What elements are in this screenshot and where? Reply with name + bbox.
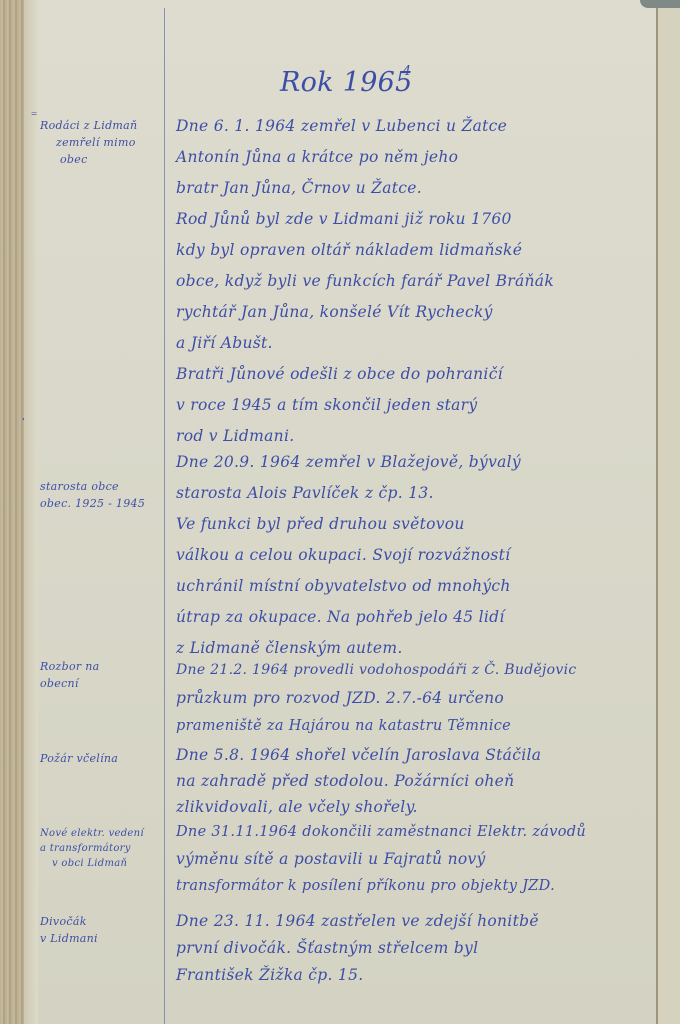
entry-line: na zahradě před stodolou. Požárníci oheň [176,768,656,794]
entry-line: Dne 21.2. 1964 provedli vodohospodáři z … [176,656,656,684]
margin-note-4: Požár včelína [40,750,160,767]
margin-note-line: zemřelí mimo [40,134,160,151]
entry-line: průzkum pro rozvod JZD. 2.7.-64 určeno [176,684,656,712]
entry-line: František Žižka čp. 15. [176,962,656,989]
margin-note-line: Nové elektr. vedení [40,826,160,841]
entry-line: starosta Alois Pavlíček z čp. 13. [176,478,656,509]
margin-note-1: Rodáci z Lidmaň zemřelí mimo obec [40,117,160,168]
margin-mark-icon: = [31,108,37,120]
page-title: Rok 19654 [280,62,421,99]
margin-note-6: Divočák v Lidmani [40,913,160,947]
entry-4: Dne 5.8. 1964 shořel včelín Jaroslava St… [176,742,656,820]
entry-line: první divočák. Šťastným střelcem byl [176,935,656,962]
entry-line: a Jiří Abušt. [176,328,656,359]
margin-note-line: Rodáci z Lidmaň [40,117,160,134]
margin-note-2: starosta obce obec. 1925 - 1945 [40,478,160,512]
entry-3: Dne 21.2. 1964 provedli vodohospodáři z … [176,656,656,740]
margin-note-5: Nové elektr. vedení a transformátory v o… [40,826,160,871]
entry-line: Ve funkci byl před druhou světovou [176,509,656,540]
margin-note-line: v obci Lidmaň [40,856,160,871]
entry-5: Dne 31.11.1964 dokončili zaměstnanci Ele… [176,819,656,900]
entry-line: válkou a celou okupaci. Svojí rozvážnost… [176,540,656,571]
entry-6: Dne 23. 11. 1964 zastřelen ve zdejší hon… [176,908,656,989]
entry-2: Dne 20.9. 1964 zemřel v Blažejově, býval… [176,447,656,664]
entry-line: prameniště za Hajárou na katastru Těmnic… [176,712,656,740]
margin-note-line: a transformátory [40,841,160,856]
entry-line: bratr Jan Jůna, Črnov u Žatce. [176,173,656,204]
entry-line: kdy byl opraven oltář nákladem lidmaňské [176,235,656,266]
margin-note-line: Divočák [40,913,160,930]
entry-line: Dne 31.11.1964 dokončili zaměstnanci Ele… [176,819,656,846]
facing-page-edge [656,0,680,1024]
entry-line: Dne 5.8. 1964 shořel včelín Jaroslava St… [176,742,656,768]
entry-line: transformátor k posílení příkonu pro obj… [176,873,656,900]
margin-note-line: obec [40,151,160,168]
entry-line: útrap za okupace. Na pohřeb jelo 45 lidí [176,602,656,633]
background-corner [640,0,680,8]
margin-note-line: Rozbor na [40,658,160,675]
entry-line: Dne 6. 1. 1964 zemřel v Lubenci u Žatce [176,111,656,142]
entry-line: rychtář Jan Jůna, konšelé Vít Rychecký [176,297,656,328]
margin-note-line: obec. 1925 - 1945 [40,495,160,512]
margin-note-line: Požár včelína [40,750,160,767]
margin-note-3: Rozbor na obecní [40,658,160,692]
entry-line: Dne 20.9. 1964 zemřel v Blažejově, býval… [176,447,656,478]
page-title-text: Rok 196 [280,67,395,98]
margin-note-line: starosta obce [40,478,160,495]
entry-1: Dne 6. 1. 1964 zemřel v Lubenci u Žatce … [176,111,656,452]
book-binding [0,0,24,1024]
entry-line: Antonín Jůna a krátce po něm jeho [176,142,656,173]
entry-line: obce, když byli ve funkcích farář Pavel … [176,266,656,297]
document-scan: Rok 19654 = , Rodáci z Lidmaň zemřelí mi… [0,0,680,1024]
entry-line: Rod Jůnů byl zde v Lidmani již roku 1760 [176,204,656,235]
page-title-correction: 4 [403,64,412,79]
entry-line: zlikvidovali, ale včely shořely. [176,794,656,820]
entry-line: Bratři Jůnové odešli z obce do pohraničí [176,359,656,390]
margin-tick-icon: , [22,410,25,422]
entry-line: výměnu sítě a postavili u Fajratů nový [176,846,656,873]
page-stack-edge [24,0,39,1024]
entry-line: Dne 23. 11. 1964 zastřelen ve zdejší hon… [176,908,656,935]
entry-line: uchránil místní obyvatelstvo od mnohých [176,571,656,602]
entry-line: v roce 1945 a tím skončil jeden starý [176,390,656,421]
margin-note-line: v Lidmani [40,930,160,947]
margin-note-line: obecní [40,675,160,692]
margin-rule-line [164,8,165,1024]
